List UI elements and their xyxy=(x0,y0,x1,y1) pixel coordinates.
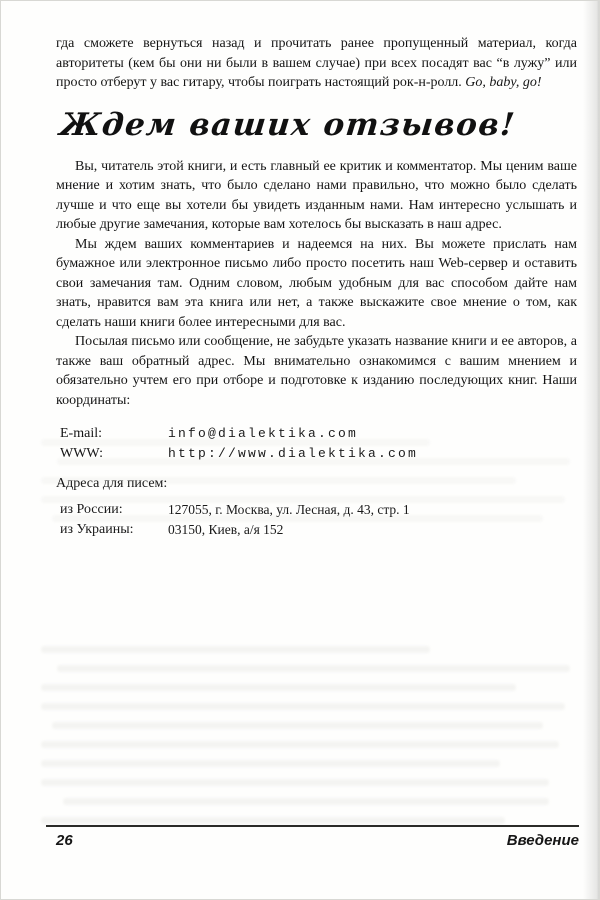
intro-paragraph: гда сможете вернуться назад и прочитать … xyxy=(56,34,577,93)
russia-label: из России: xyxy=(60,500,168,520)
bleed-through-noise-lower xyxy=(41,646,581,836)
russia-address: 127055, г. Москва, ул. Лесная, д. 43, ст… xyxy=(168,500,410,520)
page-content: гда сможете вернуться назад и прочитать … xyxy=(56,34,577,540)
ukraine-address: 03150, Киев, а/я 152 xyxy=(168,520,283,540)
section-heading: Ждем ваших отзывов! xyxy=(58,107,581,143)
intro-paragraph-italic: Go, baby, go! xyxy=(465,75,541,90)
paragraph-1: Вы, читатель этой книги, и есть главный … xyxy=(56,157,577,235)
bleed-line xyxy=(63,798,549,805)
page-edge-shadow xyxy=(583,1,599,899)
contact-info-block: E-mail: info@dialektika.com WWW: http://… xyxy=(60,424,577,464)
footer-section-title: Введение xyxy=(507,832,579,849)
footer-divider xyxy=(46,825,579,827)
page-number: 26 xyxy=(56,832,73,849)
ukraine-label: из Украины: xyxy=(60,520,168,540)
bleed-line xyxy=(57,665,570,672)
bleed-line xyxy=(41,760,500,767)
bleed-line xyxy=(41,646,430,653)
bleed-line xyxy=(41,684,516,691)
addresses-block: из России: 127055, г. Москва, ул. Лесная… xyxy=(60,500,577,540)
bleed-line xyxy=(41,817,505,824)
email-label: E-mail: xyxy=(60,424,168,444)
email-address: info@dialektika.com xyxy=(168,424,358,444)
bleed-line xyxy=(52,722,543,729)
bleed-line xyxy=(41,703,565,710)
paragraph-2: Мы ждем ваших комментариев и надеемся на… xyxy=(56,235,577,333)
address-row-russia: из России: 127055, г. Москва, ул. Лесная… xyxy=(60,500,577,520)
addresses-title: Адреса для писем: xyxy=(56,476,577,492)
www-label: WWW: xyxy=(60,444,168,464)
contact-row-www: WWW: http://www.dialektika.com xyxy=(60,444,577,464)
contact-row-email: E-mail: info@dialektika.com xyxy=(60,424,577,444)
address-row-ukraine: из Украины: 03150, Киев, а/я 152 xyxy=(60,520,577,540)
bleed-line xyxy=(41,779,549,786)
scanned-book-page: { "page": { "intro_paragraph": { "text":… xyxy=(0,0,600,900)
footer: 26 Введение xyxy=(46,832,579,849)
bleed-line xyxy=(41,741,559,748)
www-url: http://www.dialektika.com xyxy=(168,444,418,464)
paragraph-3: Посылая письмо или сообщение, не забудьт… xyxy=(56,332,577,410)
